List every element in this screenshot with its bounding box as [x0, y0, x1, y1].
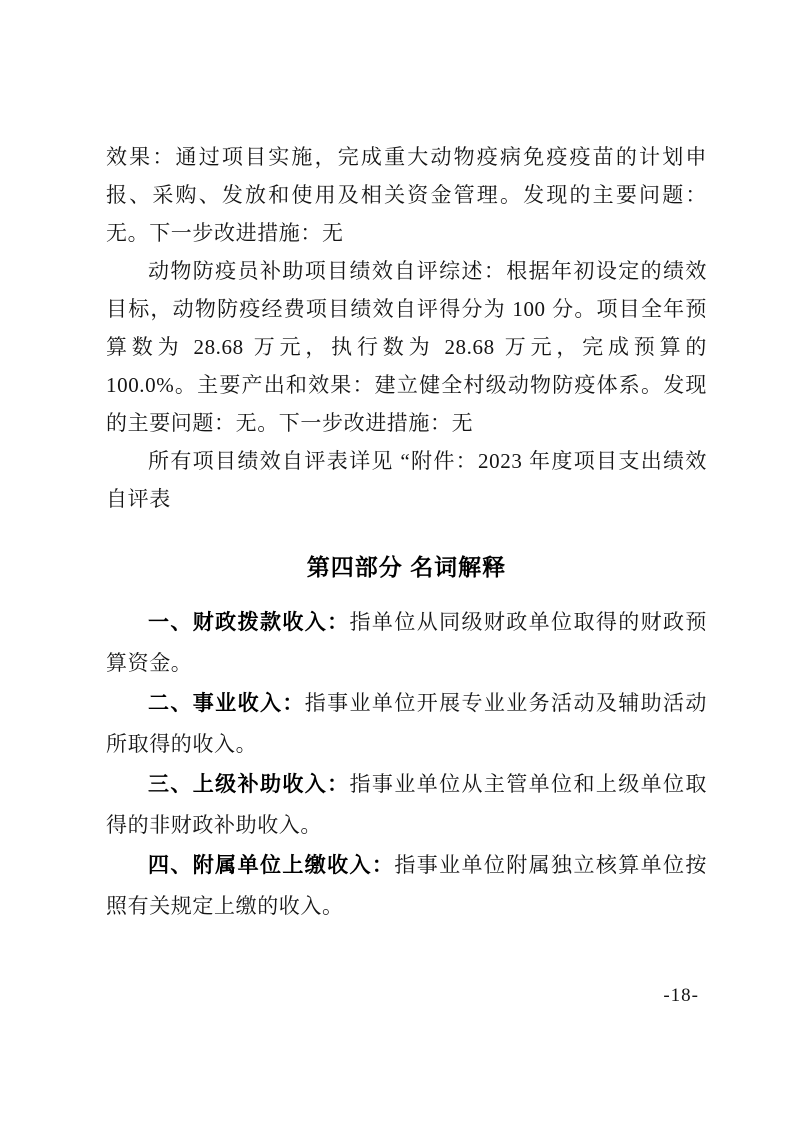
paragraph-project-effect: 效果：通过项目实施，完成重大动物疫病免疫疫苗的计划申报、采购、发放和使用及相关资…	[106, 138, 707, 252]
term-label: 一、财政拨款收入：	[148, 611, 350, 634]
term-label: 四、附属单位上缴收入：	[148, 854, 394, 877]
paragraph-attachment-reference: 所有项目绩效自评表详见 “附件：2023 年度项目支出绩效自评表	[106, 442, 707, 518]
page-number: -18-	[663, 986, 699, 1006]
term-label: 二、事业收入：	[148, 692, 305, 715]
term-item-superior-subsidy-income: 三、上级补助收入：指事业单位从主管单位和上级单位取得的非财政补助收入。	[106, 764, 707, 845]
term-item-business-income: 二、事业收入：指事业单位开展专业业务活动及辅助活动所取得的收入。	[106, 683, 707, 764]
section-heading: 第四部分 名词解释	[106, 552, 707, 582]
document-content: 效果：通过项目实施，完成重大动物疫病免疫疫苗的计划申报、采购、发放和使用及相关资…	[106, 138, 707, 926]
document-page: 效果：通过项目实施，完成重大动物疫病免疫疫苗的计划申报、采购、发放和使用及相关资…	[0, 0, 793, 1122]
paragraph-animal-epidemic-self-evaluation: 动物防疫员补助项目绩效自评综述：根据年初设定的绩效目标，动物防疫经费项目绩效自评…	[106, 252, 707, 442]
term-item-affiliated-unit-turnover-income: 四、附属单位上缴收入：指事业单位附属独立核算单位按照有关规定上缴的收入。	[106, 845, 707, 926]
term-label: 三、上级补助收入：	[148, 773, 350, 796]
term-item-fiscal-appropriation-income: 一、财政拨款收入：指单位从同级财政单位取得的财政预算资金。	[106, 602, 707, 683]
